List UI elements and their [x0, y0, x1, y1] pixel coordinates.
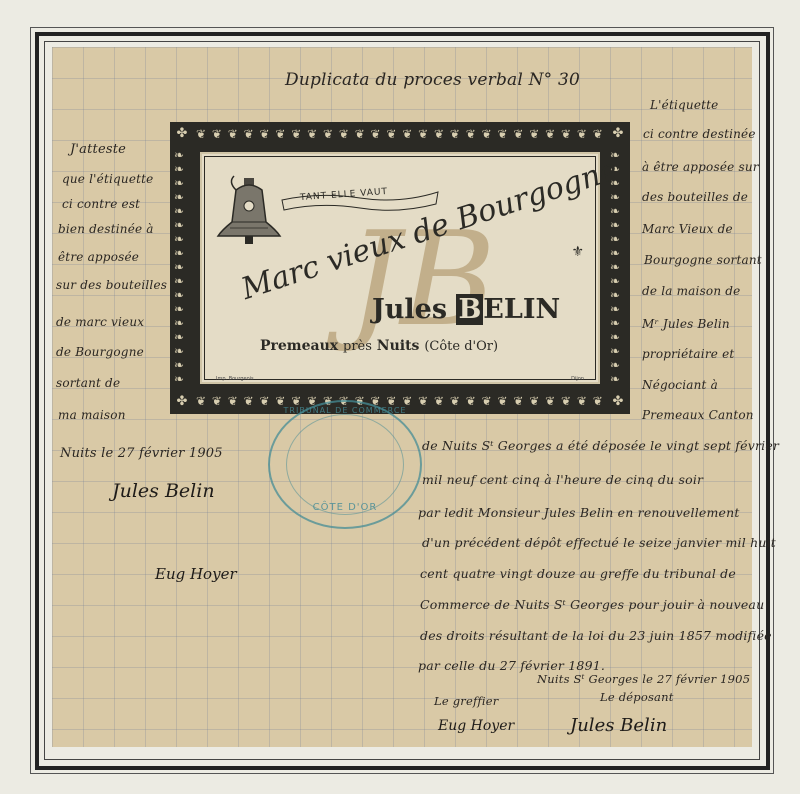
- stamp-inner-ring: [286, 414, 404, 515]
- left-clerk-signature: Eug Hoyer: [155, 565, 237, 583]
- wine-label: ❦ ❦ ❦ ❦ ❦ ❦ ❦ ❦ ❦ ❦ ❦ ❦ ❦ ❦ ❦ ❦ ❦ ❦ ❦ ❦ …: [170, 122, 630, 414]
- corner-ornament-icon: ✤: [610, 394, 626, 410]
- label-border-pattern: ❦ ❦ ❦ ❦ ❦ ❦ ❦ ❦ ❦ ❦ ❦ ❦ ❦ ❦ ❦ ❦ ❦ ❦ ❦ ❦ …: [196, 127, 604, 143]
- right-note-line: Marc Vieux de: [642, 222, 733, 236]
- location-place: Premeaux: [260, 338, 338, 354]
- location-region: (Côte d'Or): [424, 339, 498, 354]
- right-note-line: ci contre destinée: [643, 127, 756, 141]
- stamp-bottom-text: CÔTE D'OR: [270, 502, 420, 513]
- corner-ornament-icon: ✤: [610, 126, 626, 142]
- right-note-line: Bourgogne sortant: [644, 253, 762, 267]
- body-line: par ledit Monsieur Jules Belin en renouv…: [418, 505, 740, 520]
- left-note-line: ci contre est: [62, 197, 140, 211]
- right-note-line: L'étiquette: [650, 98, 719, 112]
- left-note-line: que l'étiquette: [62, 172, 153, 186]
- label-panel: JB TANT ELLE VAUT ⚜ Marc vieux de Bourgo…: [200, 152, 600, 384]
- right-note-line: propriétaire et: [642, 347, 734, 361]
- left-note-line: ma maison: [58, 408, 126, 422]
- body-line: Commerce de Nuits Sᵗ Georges pour jouir …: [420, 597, 764, 612]
- tribunal-stamp: TRIBUNAL DE COMMERCE CÔTE D'OR: [268, 400, 422, 529]
- body-line: de Nuits Sᵗ Georges a été déposée le vin…: [422, 438, 779, 453]
- location-town: Nuits: [377, 338, 420, 354]
- label-border-pattern: ❧ ❧ ❧ ❧ ❧ ❧ ❧ ❧ ❧ ❧ ❧ ❧ ❧ ❧ ❧ ❧ ❧: [174, 148, 190, 388]
- bell-icon: [214, 172, 284, 252]
- body-line: par celle du 27 février 1891.: [418, 658, 605, 673]
- right-note-line: Négociant à: [642, 378, 718, 392]
- stamp-top-text: TRIBUNAL DE COMMERCE: [270, 406, 420, 415]
- left-note-line: de Bourgogne: [56, 345, 144, 359]
- right-note-line: Mʳ Jules Belin: [642, 317, 730, 331]
- producer-first-name: Jules: [372, 294, 447, 325]
- left-note-line: sortant de: [56, 376, 120, 390]
- right-note-line: de la maison de: [642, 284, 740, 298]
- body-line: cent quatre vingt douze au greffe du tri…: [420, 566, 736, 581]
- left-signature: Jules Belin: [112, 480, 215, 502]
- depositor-label: Le déposant: [600, 690, 674, 704]
- body-line: des droits résultant de la loi du 23 jui…: [420, 628, 772, 643]
- left-note-line: de marc vieux: [56, 315, 144, 329]
- depositor-signature: Jules Belin: [570, 715, 667, 736]
- label-producer: Jules BELIN: [372, 294, 560, 325]
- document-heading: Duplicata du proces verbal N° 30: [285, 70, 580, 90]
- printer-city: Dijon: [571, 376, 584, 382]
- label-location: Premeaux près Nuits (Côte d'Or): [260, 338, 498, 354]
- producer-initial: B: [456, 294, 483, 325]
- left-note-line: J'atteste: [70, 142, 126, 157]
- body-line: mil neuf cent cinq à l'heure de cinq du …: [422, 472, 703, 487]
- place-and-date: Nuits Sᵗ Georges le 27 février 1905: [537, 672, 750, 686]
- right-note-line: des bouteilles de: [642, 190, 748, 204]
- right-note-line: à être apposée sur: [642, 160, 759, 174]
- fleur-de-lis-icon: ⚜: [571, 244, 584, 260]
- body-line: d'un précédent dépôt effectué le seize j…: [422, 535, 776, 550]
- producer-surname-rest: ELIN: [483, 294, 560, 325]
- left-note-line: bien destinée à: [58, 222, 154, 236]
- left-note-line: être apposée: [58, 250, 139, 264]
- location-pres: près: [343, 339, 372, 354]
- clerk-label: Le greffier: [434, 694, 498, 708]
- left-note-line: sur des bouteilles: [56, 278, 167, 292]
- right-note-line: Premeaux Canton: [642, 408, 754, 422]
- corner-ornament-icon: ✤: [174, 394, 190, 410]
- clerk-signature: Eug Hoyer: [438, 718, 514, 734]
- left-note-date: Nuits le 27 février 1905: [60, 446, 223, 461]
- corner-ornament-icon: ✤: [174, 126, 190, 142]
- printer-mark: Imp. Bourgeois: [216, 376, 254, 382]
